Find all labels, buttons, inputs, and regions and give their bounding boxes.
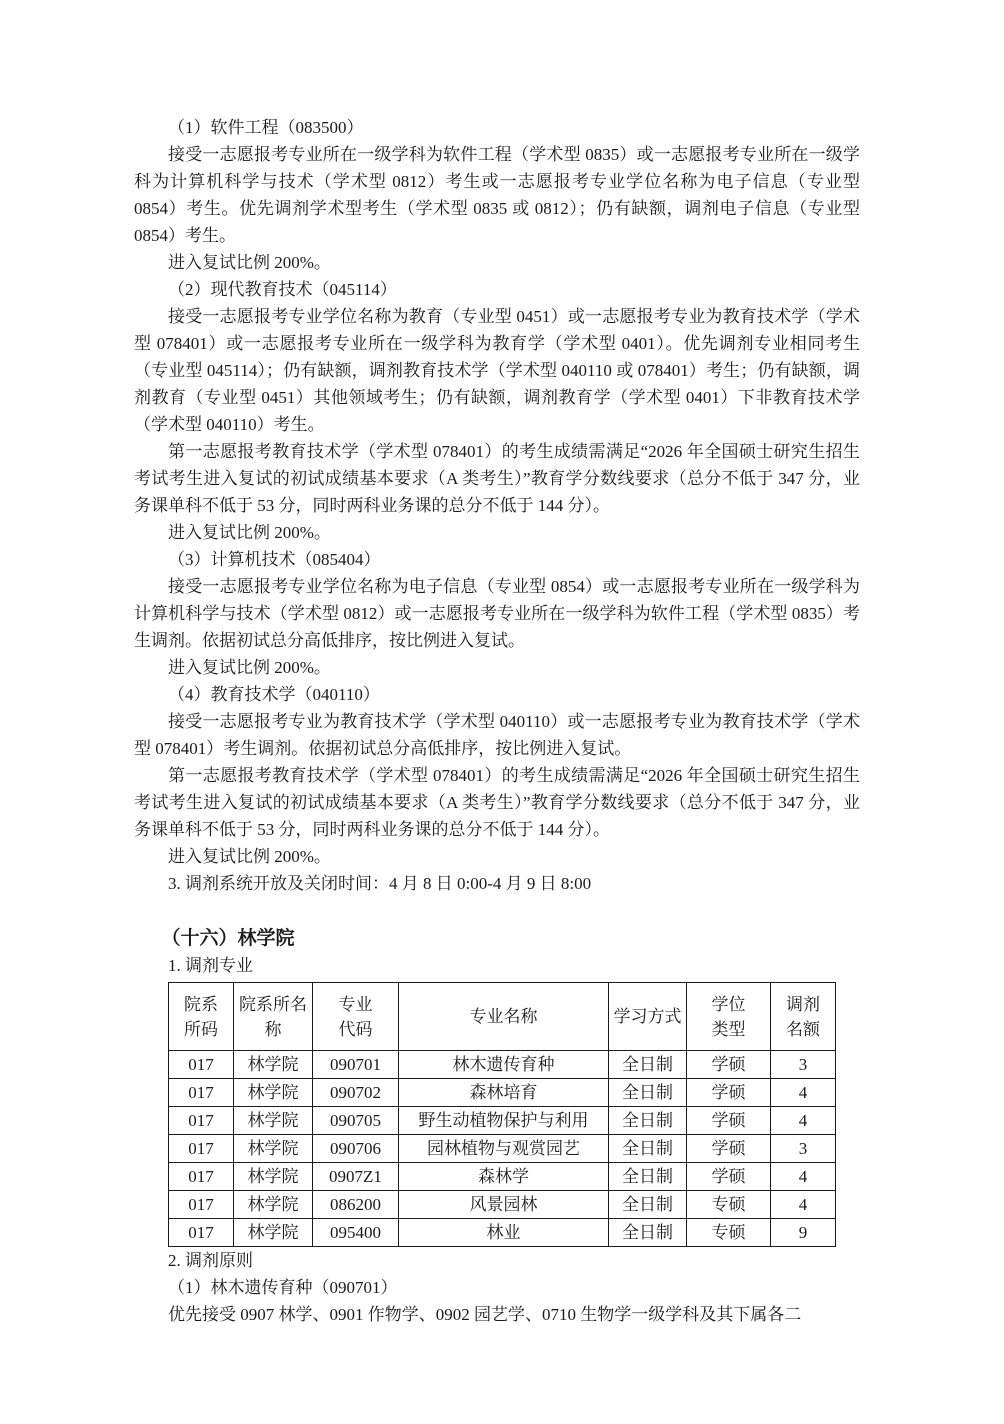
table-row: 017 林学院 090701 林木遗传育种 全日制 学硕 3 <box>169 1051 836 1079</box>
cell-dept-name: 林学院 <box>234 1163 313 1191</box>
cell-dept-code: 017 <box>169 1051 234 1079</box>
col-header-dept-name: 院系所名称 <box>234 983 313 1051</box>
cell-degree-type: 专硕 <box>687 1219 771 1247</box>
cell-quota: 4 <box>771 1107 836 1135</box>
col-header-major-name: 专业名称 <box>399 983 609 1051</box>
cell-quota: 4 <box>771 1079 836 1107</box>
cell-dept-name: 林学院 <box>234 1219 313 1247</box>
cell-dept-code: 017 <box>169 1191 234 1219</box>
cell-major-code: 0907Z1 <box>313 1163 399 1191</box>
item-heading-software-engineering: （1）软件工程（083500） <box>134 114 860 141</box>
cell-dept-name: 林学院 <box>234 1135 313 1163</box>
body-paragraph: 第一志愿报考教育技术学（学术型 078401）的考生成绩需满足“2026 年全国… <box>134 762 860 843</box>
cell-study-mode: 全日制 <box>609 1079 687 1107</box>
document-page: （1）软件工程（083500） 接受一志愿报考专业所在一级学科为软件工程（学术型… <box>0 0 1004 1424</box>
cell-quota: 3 <box>771 1135 836 1163</box>
body-paragraph: 接受一志愿报考专业所在一级学科为软件工程（学术型 0835）或一志愿报考专业所在… <box>134 141 860 249</box>
cell-major-code: 090706 <box>313 1135 399 1163</box>
cell-major-code: 090701 <box>313 1051 399 1079</box>
col-header-major-code: 专业 代码 <box>313 983 399 1051</box>
cell-major-code: 086200 <box>313 1191 399 1219</box>
table-row: 017 林学院 090705 野生动植物保护与利用 全日制 学硕 4 <box>169 1107 836 1135</box>
cell-quota: 9 <box>771 1219 836 1247</box>
cell-major-name: 风景园林 <box>399 1191 609 1219</box>
cell-dept-code: 017 <box>169 1219 234 1247</box>
cell-dept-code: 017 <box>169 1135 234 1163</box>
cell-degree-type: 学硕 <box>687 1079 771 1107</box>
cell-major-name: 森林培育 <box>399 1079 609 1107</box>
cell-dept-name: 林学院 <box>234 1079 313 1107</box>
cell-major-name: 野生动植物保护与利用 <box>399 1107 609 1135</box>
cell-degree-type: 学硕 <box>687 1107 771 1135</box>
reexam-ratio-line: 进入复试比例 200%。 <box>134 843 860 870</box>
cell-major-name: 森林学 <box>399 1163 609 1191</box>
cell-major-code: 090702 <box>313 1079 399 1107</box>
cell-degree-type: 学硕 <box>687 1135 771 1163</box>
principle-item-heading: （1）林木遗传育种（090701） <box>134 1274 860 1301</box>
cell-quota: 4 <box>771 1163 836 1191</box>
cell-dept-code: 017 <box>169 1107 234 1135</box>
cell-study-mode: 全日制 <box>609 1163 687 1191</box>
cell-major-name: 林木遗传育种 <box>399 1051 609 1079</box>
table-row: 017 林学院 0907Z1 森林学 全日制 学硕 4 <box>169 1163 836 1191</box>
reexam-ratio-line: 进入复试比例 200%。 <box>134 654 860 681</box>
cell-major-code: 095400 <box>313 1219 399 1247</box>
col-header-degree-type: 学位 类型 <box>687 983 771 1051</box>
document-content: （1）软件工程（083500） 接受一志愿报考专业所在一级学科为软件工程（学术型… <box>134 114 860 1328</box>
cell-major-name: 园林植物与观赏园艺 <box>399 1135 609 1163</box>
cell-study-mode: 全日制 <box>609 1107 687 1135</box>
cell-major-name: 林业 <box>399 1219 609 1247</box>
table-row: 017 林学院 086200 风景园林 全日制 专硕 4 <box>169 1191 836 1219</box>
item-heading-computer-tech: （3）计算机技术（085404） <box>134 546 860 573</box>
transfer-principles-label: 2. 调剂原则 <box>134 1247 860 1274</box>
table-row: 017 林学院 095400 林业 全日制 专硕 9 <box>169 1219 836 1247</box>
cell-quota: 4 <box>771 1191 836 1219</box>
cell-dept-name: 林学院 <box>234 1191 313 1219</box>
table-row: 017 林学院 090706 园林植物与观赏园艺 全日制 学硕 3 <box>169 1135 836 1163</box>
table-header-row: 院系 所码 院系所名称 专业 代码 专业名称 学习方式 学位 类型 调剂 名额 <box>169 983 836 1051</box>
body-paragraph: 接受一志愿报考专业学位名称为电子信息（专业型 0854）或一志愿报考专业所在一级… <box>134 573 860 654</box>
cell-dept-name: 林学院 <box>234 1051 313 1079</box>
cell-dept-code: 017 <box>169 1079 234 1107</box>
cell-study-mode: 全日制 <box>609 1051 687 1079</box>
body-paragraph: 接受一志愿报考专业学位名称为教育（专业型 0451）或一志愿报考专业为教育技术学… <box>134 303 860 438</box>
cell-study-mode: 全日制 <box>609 1191 687 1219</box>
cell-quota: 3 <box>771 1051 836 1079</box>
col-header-study-mode: 学习方式 <box>609 983 687 1051</box>
col-header-dept-code: 院系 所码 <box>169 983 234 1051</box>
body-paragraph: 接受一志愿报考专业为教育技术学（学术型 040110）或一志愿报考专业为教育技术… <box>134 708 860 762</box>
transfer-majors-label: 1. 调剂专业 <box>134 952 860 979</box>
reexam-ratio-line: 进入复试比例 200%。 <box>134 519 860 546</box>
section-16-forestry-heading: （十六）林学院 <box>134 925 860 952</box>
cell-degree-type: 学硕 <box>687 1163 771 1191</box>
item-heading-edu-tech: （4）教育技术学（040110） <box>134 681 860 708</box>
body-paragraph: 第一志愿报考教育技术学（学术型 078401）的考生成绩需满足“2026 年全国… <box>134 438 860 519</box>
reexam-ratio-line: 进入复试比例 200%。 <box>134 249 860 276</box>
cell-study-mode: 全日制 <box>609 1219 687 1247</box>
table-row: 017 林学院 090702 森林培育 全日制 学硕 4 <box>169 1079 836 1107</box>
cell-degree-type: 专硕 <box>687 1191 771 1219</box>
cell-study-mode: 全日制 <box>609 1135 687 1163</box>
principle-paragraph: 优先接受 0907 林学、0901 作物学、0902 园艺学、0710 生物学一… <box>134 1301 860 1328</box>
cell-dept-name: 林学院 <box>234 1107 313 1135</box>
transfer-majors-table: 院系 所码 院系所名称 专业 代码 专业名称 学习方式 学位 类型 调剂 名额 … <box>168 982 836 1247</box>
item-heading-modern-edu-tech: （2）现代教育技术（045114） <box>134 276 860 303</box>
cell-degree-type: 学硕 <box>687 1051 771 1079</box>
system-open-time-line: 3. 调剂系统开放及关闭时间：4 月 8 日 0:00-4 月 9 日 8:00 <box>134 870 860 897</box>
cell-major-code: 090705 <box>313 1107 399 1135</box>
cell-dept-code: 017 <box>169 1163 234 1191</box>
col-header-quota: 调剂 名额 <box>771 983 836 1051</box>
